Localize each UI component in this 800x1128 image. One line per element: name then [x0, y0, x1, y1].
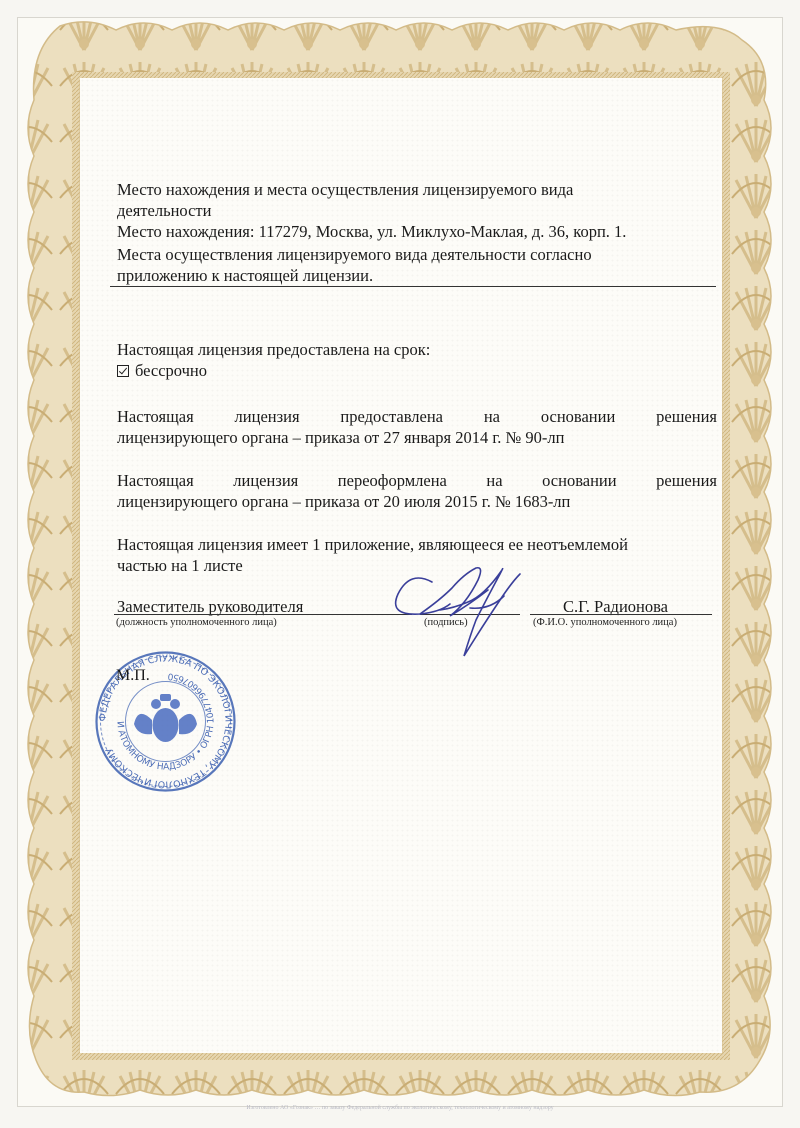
name-caption: (Ф.И.О. уполномоченного лица): [533, 617, 677, 628]
address: Место нахождения: 117279, Москва, ул. Ми…: [117, 221, 626, 242]
term-label: Настоящая лицензия предоставлена на срок…: [117, 339, 430, 360]
term-option-label: бессрочно: [135, 361, 207, 380]
reissued-basis-cont: лицензирующего органа – приказа от 20 ию…: [117, 491, 570, 512]
reissued-basis: Настоящая лицензия переоформлена на осно…: [117, 470, 717, 491]
section-divider: [110, 286, 716, 287]
granted-basis-cont: лицензирующего органа – приказа от 27 ян…: [117, 427, 564, 448]
checkbox-checked-icon: [117, 365, 129, 377]
places-of-activity: Места осуществления лицензируемого вида …: [117, 244, 592, 265]
seal-mark: М.П.: [116, 665, 150, 686]
position-line: [114, 614, 412, 615]
term-option: бессрочно: [117, 360, 207, 381]
appendix-note-cont: частью на 1 листе: [117, 555, 243, 576]
location-heading: Место нахождения и места осуществления л…: [117, 179, 573, 200]
location-heading-cont: деятельности: [117, 200, 211, 221]
printer-imprint: Изготовлено АО «Гознак» … по заказу Феде…: [200, 1105, 600, 1111]
name-line: [530, 614, 712, 615]
granted-basis: Настоящая лицензия предоставлена на осно…: [117, 406, 717, 427]
places-of-activity-cont: приложению к настоящей лицензии.: [117, 265, 373, 286]
coat-of-arms-icon: [134, 694, 197, 742]
handwritten-signature: [380, 560, 550, 670]
appendix-note: Настоящая лицензия имеет 1 приложение, я…: [117, 534, 628, 555]
position-caption: (должность уполномоченного лица): [116, 617, 277, 628]
